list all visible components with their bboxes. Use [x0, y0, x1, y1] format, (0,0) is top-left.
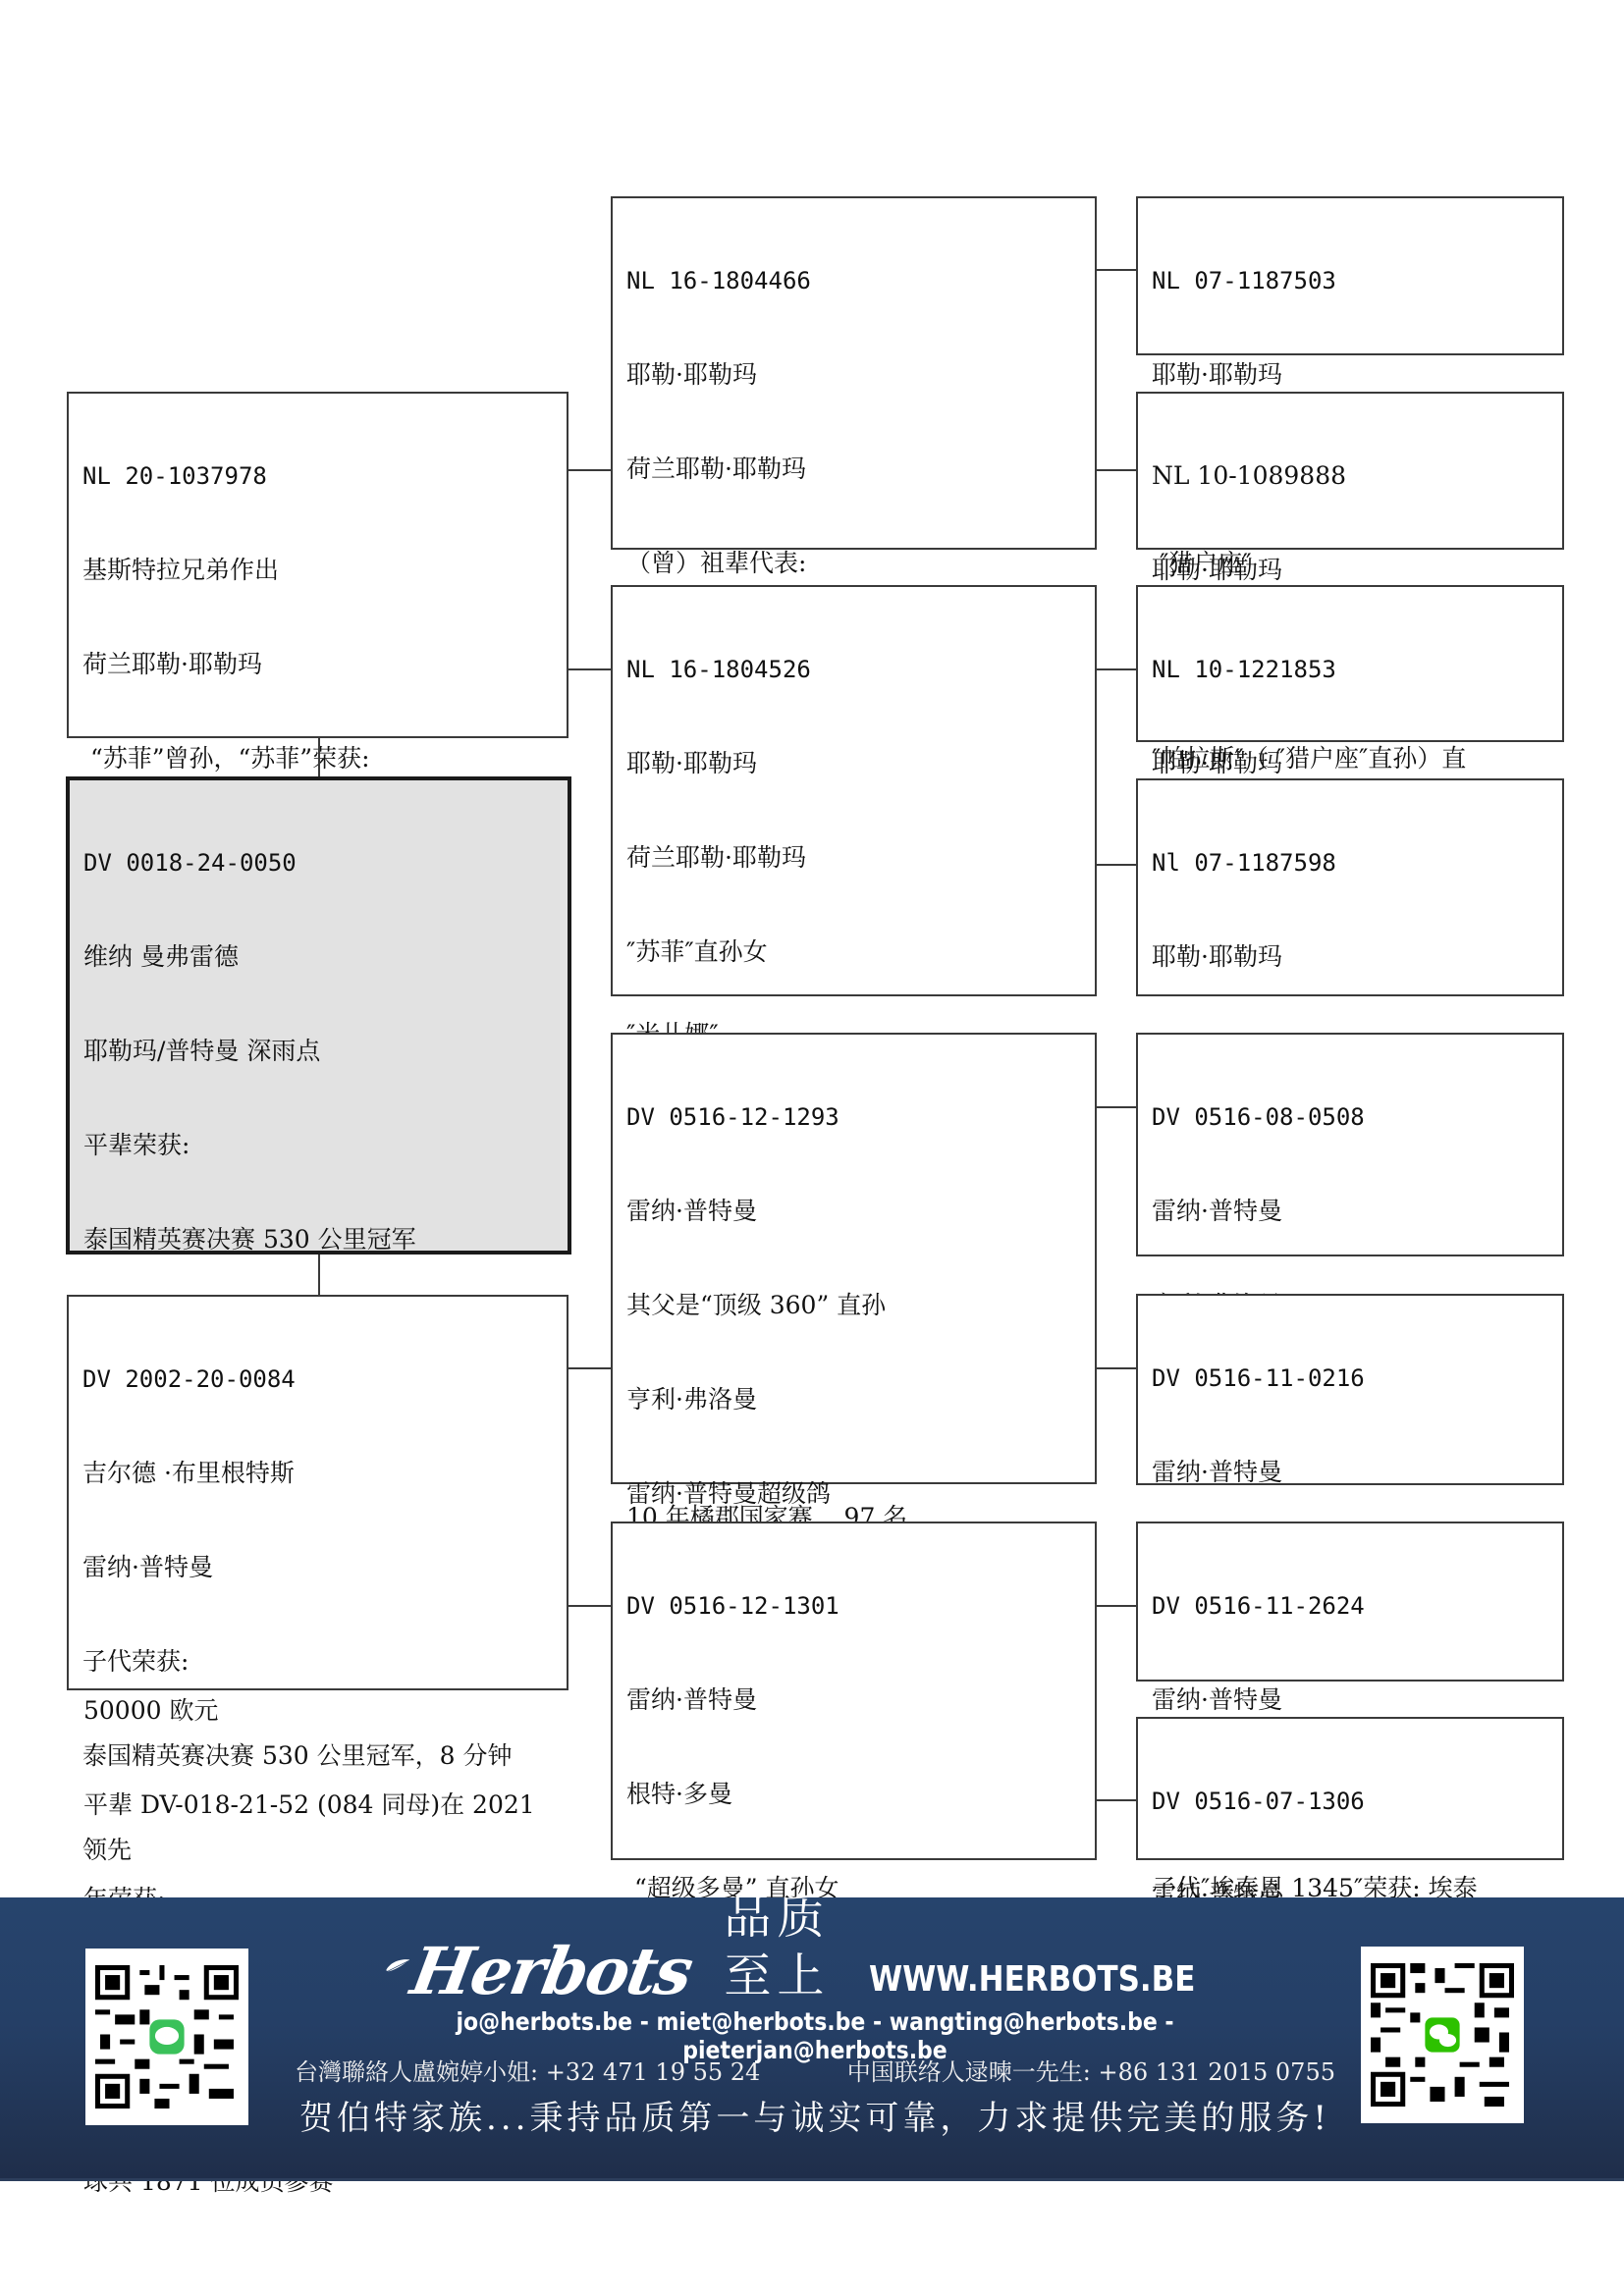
info-line: 维纳 曼弗雷德 [83, 941, 556, 973]
info-line: 吉尔德 ·布里根特斯 [82, 1458, 555, 1489]
pedigree-sire-box: NL 20-1037978 基斯特拉兄弟作出 荷兰耶勒·耶勒玛 “苏菲”曾孙，“… [67, 392, 568, 738]
info-line: 荷兰耶勒·耶勒玛 [626, 454, 1083, 485]
info-line: 领先 [82, 1835, 555, 1866]
info-line: 雷纳·普特曼 [1152, 1457, 1550, 1488]
connector-line [318, 1255, 320, 1295]
pedigree-grandparent-box: DV 0516-12-1293 雷纳·普特曼 其父是“顶级 360” 直孙 亨利… [611, 1033, 1097, 1484]
info-line: 雷纳·普特曼 [626, 1684, 1083, 1716]
pedigree-great-grandparent-box: DV 0516-07-1306 雷纳·普特曼 “亨利尊爵” 直女 [1136, 1717, 1564, 1860]
connector-line [1097, 864, 1136, 866]
slogan: 品质至上 [724, 1888, 851, 2005]
connector-line [568, 1605, 611, 1607]
ring-number: DV 0516-08-0508 [1152, 1101, 1550, 1133]
info-line: 耶勒·耶勒玛 [1152, 941, 1550, 973]
herbots-logo: Herbots [406, 1937, 696, 2005]
info-line: 泰国精英赛决赛 530 公里冠军，8 分钟 [82, 1740, 555, 1772]
ring-number: NL 20-1037978 [82, 460, 555, 492]
info-line: 根特·多曼 [626, 1779, 1083, 1810]
ring-number: DV 0516-11-2624 [1152, 1590, 1550, 1622]
pedigree-great-grandparent-box: NL 10-1221853 耶勒·耶勒玛 荷兰耶勒·耶勒玛 ″苏菲″直子 [1136, 585, 1564, 742]
motto: 贺伯特家族...秉持品质第一与诚实可靠，力求提供完美的服务! [295, 2091, 1335, 2139]
contact-taiwan: 台灣聯絡人盧婉婷小姐: +32 471 19 55 24 [295, 2053, 760, 2087]
info-line: 荷兰耶勒·耶勒玛 [82, 649, 555, 680]
connector-line [1097, 269, 1136, 271]
info-line: 其父是“顶级 360” 直孙 [626, 1290, 1083, 1321]
info-line: 雷纳·普特曼 [82, 1552, 555, 1583]
info-line: 耶勒·耶勒玛 [626, 748, 1083, 779]
pedigree-dam-box: DV 2002-20-0084 吉尔德 ·布里根特斯 雷纳·普特曼 子代荣获: … [67, 1295, 568, 1690]
connector-line [1097, 1799, 1136, 1801]
ring-number: DV 0018-24-0050 [83, 847, 556, 879]
pedigree-great-grandparent-box: NL 07-1187503 耶勒·耶勒玛 血系: ″猎户座″ ″帕拉斯之全兄弟″ [1136, 196, 1564, 355]
pedigree-grandparent-box: NL 16-1804526 耶勒·耶勒玛 荷兰耶勒·耶勒玛 ″苏菲″直孙女 “苏… [611, 585, 1097, 996]
ring-number: DV 0516-12-1301 [626, 1590, 1083, 1622]
qr-code-icon [95, 1958, 239, 2115]
brand-header: Herbots 品质至上 WWW.HERBOTS.BE [385, 1927, 1249, 2005]
connector-line [1097, 668, 1136, 670]
website-link[interactable]: WWW.HERBOTS.BE [869, 1954, 1195, 2005]
feather-icon [385, 1951, 410, 1981]
ring-number: DV 0516-11-0216 [1152, 1362, 1550, 1394]
info-line: 泰国精英赛决赛 530 公里冠军 [83, 1224, 556, 1255]
ring-number: NL 16-1804526 [626, 654, 1083, 685]
info-line: 耶勒·耶勒玛 [1152, 748, 1550, 779]
connector-line [568, 668, 611, 670]
info-line: 荷兰耶勒·耶勒玛 [626, 842, 1083, 874]
qr-code-wechat[interactable] [1361, 1947, 1524, 2123]
info-line: ″苏菲″直孙女 [626, 936, 1083, 968]
contact-china: 中国联络人逯暕一先生: +86 131 2015 0755 [847, 2053, 1335, 2087]
connector-line [1097, 1367, 1136, 1369]
info-line: 基斯特拉兄弟作出 [82, 555, 555, 586]
ring-number: Nl 07-1187598 [1152, 847, 1550, 879]
info-line: 雷纳·普特曼 [1152, 1196, 1550, 1227]
ring-number: DV 0516-12-1293 [626, 1101, 1083, 1133]
pedigree-great-grandparent-box: DV 0516-08-0508 雷纳·普特曼 亨利·弗洛曼 [1136, 1033, 1564, 1256]
pedigree-great-grandparent-box: DV 0516-11-0216 雷纳·普特曼 安德烈·克里克 “布拉邦奇迹号 3… [1136, 1294, 1564, 1485]
contact-row: 台灣聯絡人盧婉婷小姐: +32 471 19 55 24 中国联络人逯暕一先生:… [295, 2053, 1335, 2087]
connector-line [568, 469, 611, 471]
ring-number: DV 2002-20-0084 [82, 1363, 555, 1395]
connector-line [1097, 1605, 1136, 1607]
info-line: 雷纳·普特曼超级鸽 [626, 1478, 1083, 1510]
pedigree-great-grandparent-box: DV 0516-11-2624 雷纳·普特曼 根特·多曼 子代″埃泰恩 1345… [1136, 1522, 1564, 1682]
info-line: 耶勒·耶勒玛 [1152, 555, 1550, 586]
ring-number: NL 07-1187503 [1152, 265, 1550, 296]
connector-line [1097, 469, 1136, 471]
connector-line [1097, 1106, 1136, 1108]
pedigree-grandparent-box: DV 0516-12-1301 雷纳·普特曼 根特·多曼 “超级多曼” 直孙女 … [611, 1522, 1097, 1860]
info-line: 耶勒·耶勒玛 [626, 359, 1083, 391]
info-line: 子代荣获: [82, 1646, 555, 1678]
ring-number: DV 0516-07-1306 [1152, 1786, 1550, 1817]
ring-number: NL 10-1089888 [1152, 460, 1550, 492]
qr-code-line[interactable] [85, 1949, 248, 2125]
ring-number: NL 16-1804466 [626, 265, 1083, 296]
info-line: 耶勒·耶勒玛 [1152, 359, 1550, 391]
pedigree-grandparent-box: NL 16-1804466 耶勒·耶勒玛 荷兰耶勒·耶勒玛 （曾）祖辈代表: ″… [611, 196, 1097, 550]
qr-code-icon [1371, 1956, 1514, 2113]
info-line: 雷纳·普特曼 [626, 1196, 1083, 1227]
pedigree-great-grandparent-box: NL 10-1089888 耶勒·耶勒玛 荷兰耶勒·耶勒玛 ″帕拉斯″（ ″猎户… [1136, 392, 1564, 550]
info-line: 雷纳·普特曼 [1152, 1684, 1550, 1716]
pedigree-subject-box: DV 0018-24-0050 维纳 曼弗雷德 耶勒玛/普特曼 深雨点 平辈荣获… [66, 776, 571, 1255]
info-line: （曾）祖辈代表: [626, 548, 1083, 579]
connector-line [318, 738, 320, 776]
pedigree-great-grandparent-box: Nl 07-1187598 耶勒·耶勒玛 荷兰耶勒·耶勒玛 “伟大种鸽” 直女 [1136, 778, 1564, 996]
footer-banner: Herbots 品质至上 WWW.HERBOTS.BE jo@herbots.b… [0, 1897, 1624, 2181]
info-line: 耶勒玛/普特曼 深雨点 [83, 1036, 556, 1067]
info-line: 平辈荣获: [83, 1130, 556, 1161]
ring-number: NL 10-1221853 [1152, 654, 1550, 685]
info-line: 亨利·弗洛曼 [626, 1384, 1083, 1415]
connector-line [568, 1367, 611, 1369]
